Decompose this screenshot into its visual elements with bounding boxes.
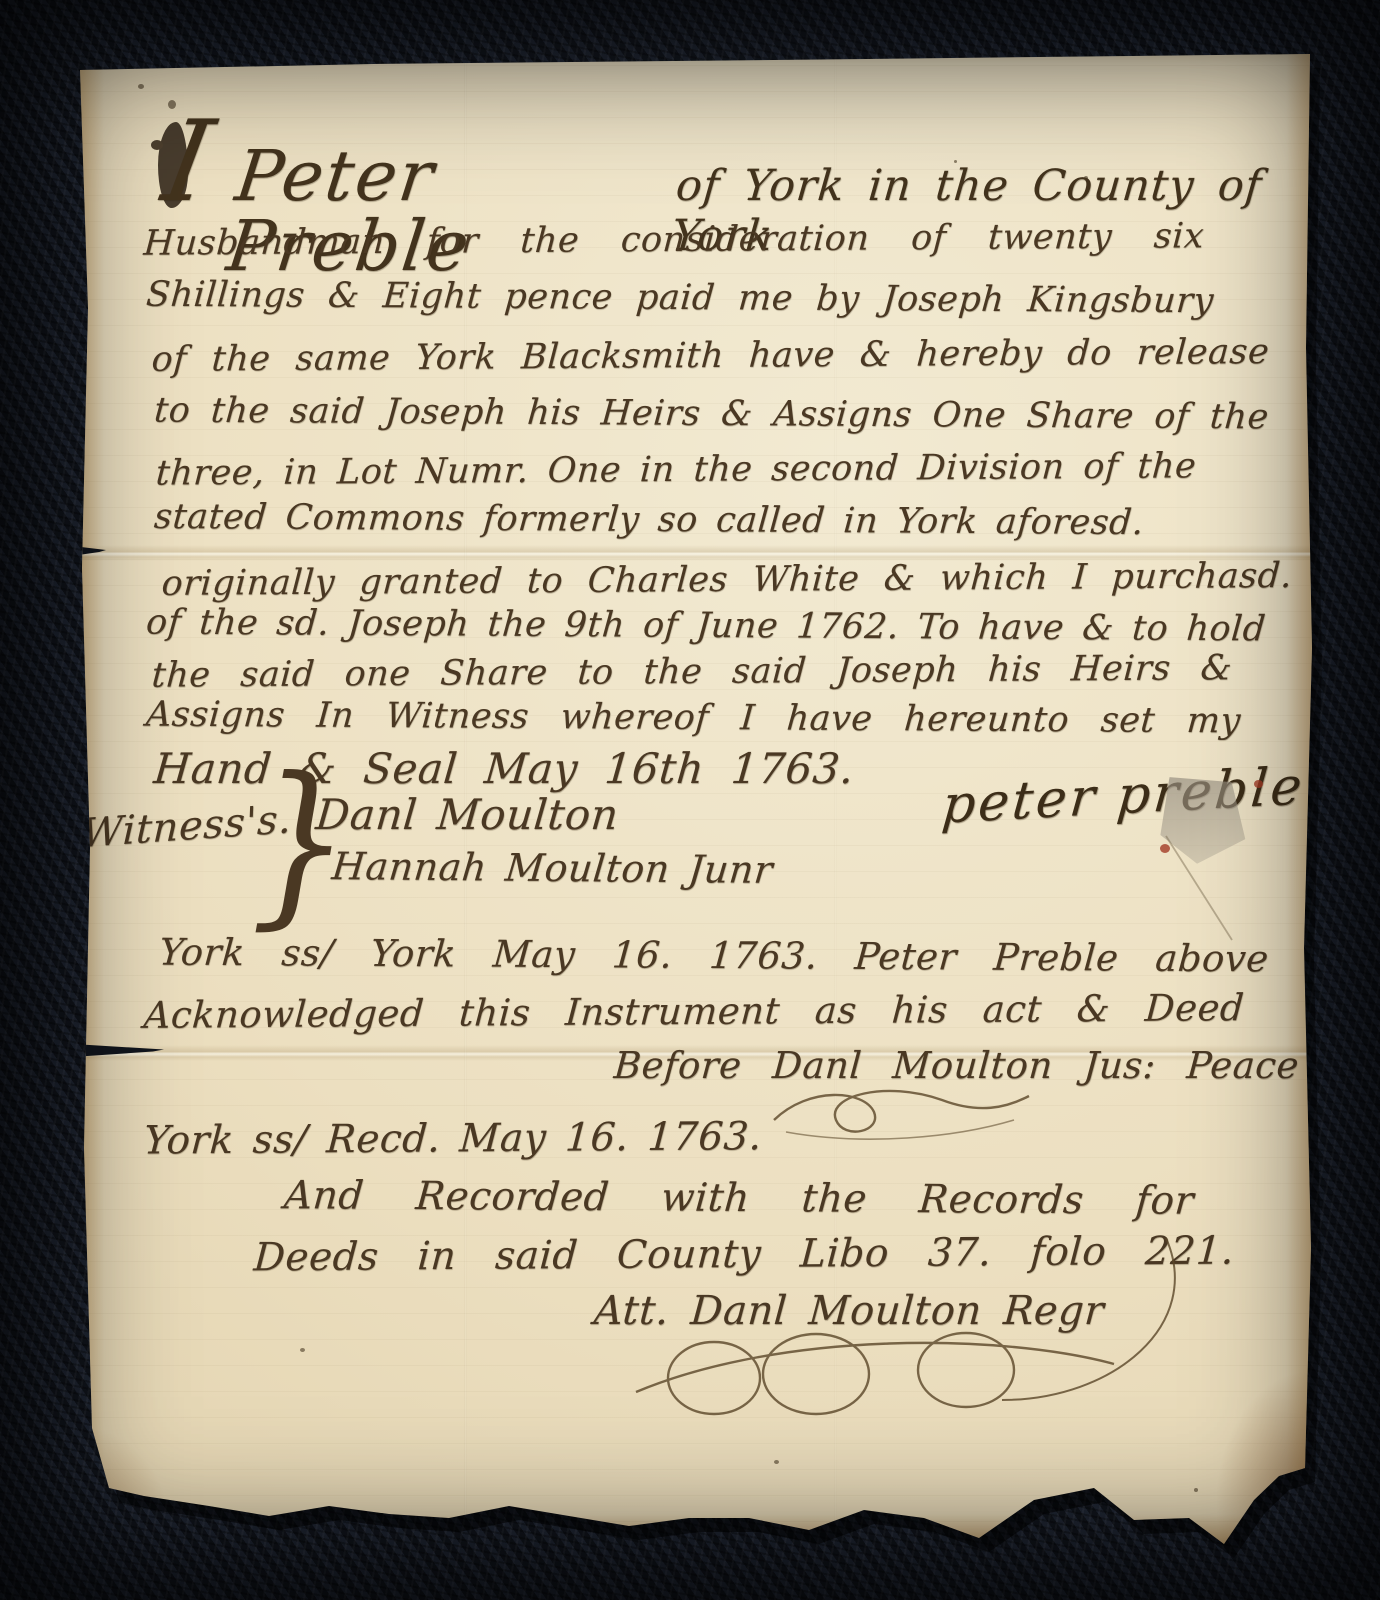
recording-line: York ss/ Recd. May 16. 1763. — [142, 1113, 875, 1163]
justice-attestation: Before Danl Moulton Jus: Peace — [612, 1044, 1300, 1087]
manuscript-paper: I Peter Preble of York in the County of … — [74, 48, 1314, 1548]
paper-speck — [300, 1348, 305, 1352]
fold-tear-notch — [72, 546, 106, 556]
fold-tear-notch — [72, 1044, 164, 1057]
paper-speck — [774, 1460, 779, 1464]
deed-line: of the sd. Joseph the 9th of June 1762. … — [145, 603, 1268, 650]
deed-line: of the same York Blacksmith have & hereb… — [150, 332, 1270, 380]
paper-speck — [138, 84, 144, 89]
grantor-signature: peter preble — [940, 756, 1308, 835]
recording-line: Deeds in said County Libo 37. folo 221. — [252, 1229, 1235, 1281]
witness-name: Danl Moulton — [314, 790, 621, 839]
opening-initial: I — [156, 106, 220, 218]
deed-line: three, in Lot Numr. One in the second Di… — [154, 446, 1197, 493]
deed-line: Assigns In Witness whereof I have hereun… — [145, 695, 1243, 742]
register-attestation: Att. Danl Moulton Regr — [592, 1288, 1105, 1334]
flourish-loop — [668, 1342, 760, 1414]
acknowledgment-line: York ss/ York May 16. 1763. Peter Preble… — [158, 931, 1271, 981]
wax-fragment — [1254, 780, 1263, 788]
deed-line: Shillings & Eight pence paid me by Josep… — [145, 275, 1216, 322]
flourish-stroke — [636, 1343, 1114, 1392]
flourish-loop — [918, 1333, 1014, 1407]
witness-name: Hannah Moulton Junr — [330, 844, 775, 892]
deed-line: the said one Share to the said Joseph hi… — [150, 648, 1233, 696]
flourish-loop — [763, 1334, 869, 1414]
photo-of-manuscript: I Peter Preble of York in the County of … — [0, 0, 1380, 1600]
deed-line: to the said Joseph his Heirs & Assigns O… — [153, 391, 1271, 438]
paper-speck — [1194, 1488, 1198, 1492]
deed-line: stated Commons formerly so called in Yor… — [153, 497, 1146, 543]
witness-brace: } — [250, 755, 351, 932]
acknowledgment-line: Acknowledged this Instrument as his act … — [142, 986, 1245, 1037]
wax-fragment — [1160, 844, 1170, 853]
recording-line: And Recorded with the Records for — [282, 1173, 1195, 1224]
paper-speck — [954, 160, 957, 163]
deed-line: originally granted to Charles White & wh… — [160, 556, 1293, 604]
deed-line: Husbandman for the consideration of twen… — [142, 216, 1205, 263]
paper-speck — [1084, 176, 1088, 180]
